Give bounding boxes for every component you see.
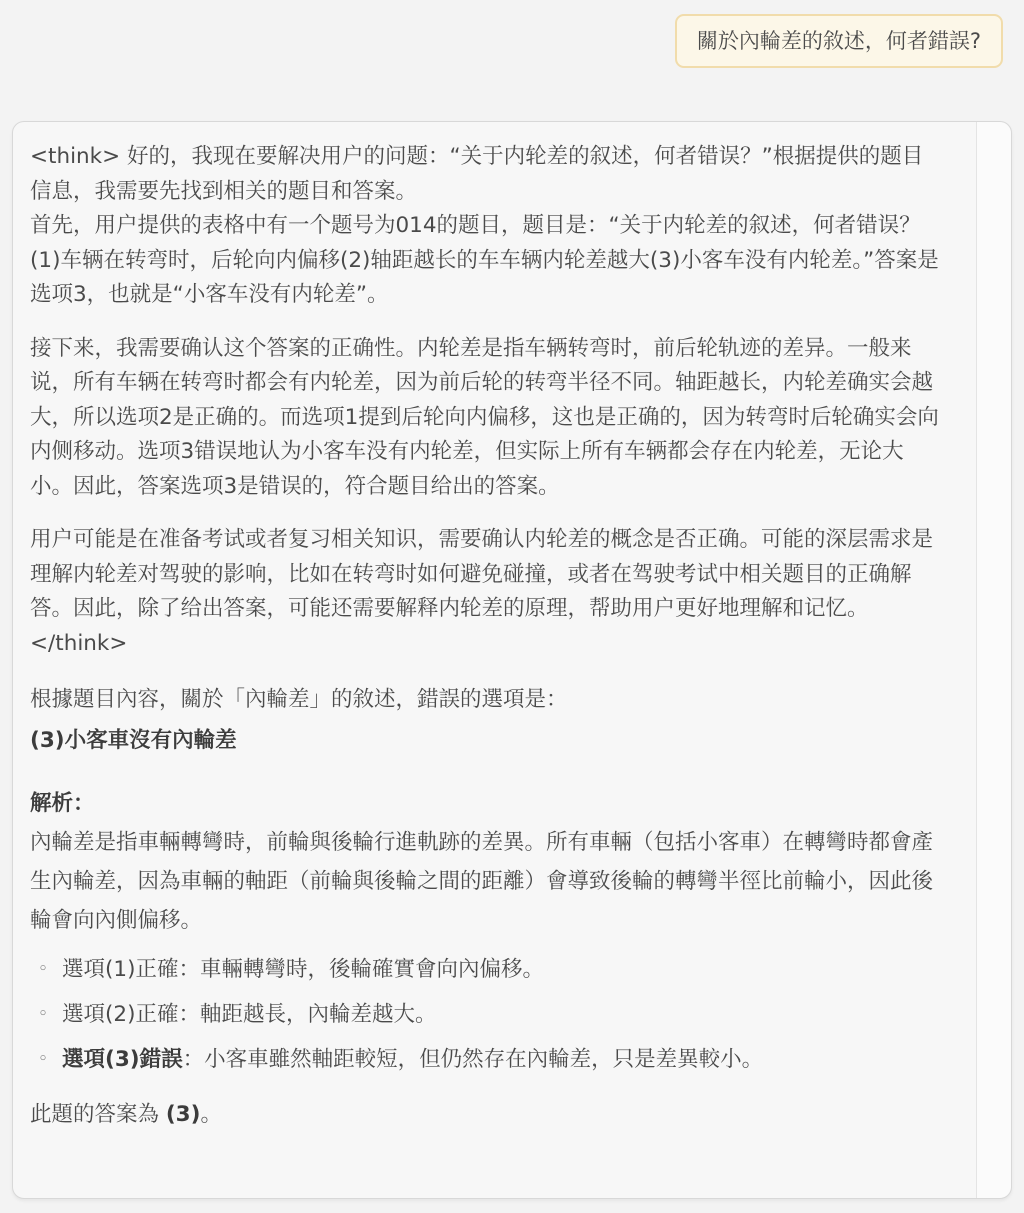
final-answer-line: 此題的答案為 (3)。 xyxy=(30,1095,941,1134)
think-paragraph-2: 接下来，我需要确认这个答案的正确性。内轮差是指车辆转弯时，前后轮轨迹的差异。一般… xyxy=(30,332,941,505)
bullet-marker-icon: ◦ xyxy=(38,950,62,989)
user-message-row: 關於內輪差的敘述，何者錯誤? xyxy=(0,0,1024,68)
final-answer-suffix: 。 xyxy=(200,1102,222,1127)
answer-intro: 根據題目內容，關於「內輪差」的敘述，錯誤的選項是： xyxy=(30,680,941,719)
list-item: ◦ 選項(1)正確：車輛轉彎時，後輪確實會向內偏移。 xyxy=(30,950,941,989)
analysis-body: 內輪差是指車輛轉彎時，前輪與後輪行進軌跡的差異。所有車輛（包括小客車）在轉彎時都… xyxy=(30,823,941,940)
bullet-marker-icon: ◦ xyxy=(38,995,62,1034)
think-block: <think> 好的，我现在要解决用户的问题：“关于内轮差的叙述，何者错误？”根… xyxy=(30,140,941,661)
assistant-message-card: <think> 好的，我现在要解决用户的问题：“关于内轮差的叙述，何者错误？”根… xyxy=(12,121,1012,1199)
user-message-bubble: 關於內輪差的敘述，何者錯誤? xyxy=(675,14,1003,68)
list-item: ◦ 選項(2)正確：軸距越長，內輪差越大。 xyxy=(30,995,941,1034)
list-item: ◦ 選項(3)錯誤：小客車雖然軸距較短，但仍然存在內輪差，只是差異較小。 xyxy=(30,1040,941,1079)
list-item-bold: 選項(3)錯誤 xyxy=(62,1047,183,1072)
analysis-list: ◦ 選項(1)正確：車輛轉彎時，後輪確實會向內偏移。 ◦ 選項(2)正確：軸距越… xyxy=(30,950,941,1079)
list-item-text: 選項(2)正確：軸距越長，內輪差越大。 xyxy=(62,1002,436,1027)
list-item-text: 選項(1)正確：車輛轉彎時，後輪確實會向內偏移。 xyxy=(62,957,544,982)
scrollbar-track[interactable] xyxy=(976,122,1011,1198)
chat-page: 關於內輪差的敘述，何者錯誤? <think> 好的，我现在要解决用户的问题：“关… xyxy=(0,0,1024,1199)
user-message-text: 關於內輪差的敘述，何者錯誤? xyxy=(697,29,981,53)
think-paragraph-3: 用户可能是在准备考试或者复习相关知识，需要确认内轮差的概念是否正确。可能的深层需… xyxy=(30,523,941,661)
list-item-text: ：小客車雖然軸距較短，但仍然存在內輪差，只是差異較小。 xyxy=(183,1047,764,1072)
final-answer-prefix: 此題的答案為 xyxy=(30,1102,166,1127)
think-paragraph-1: <think> 好的，我现在要解决用户的问题：“关于内轮差的叙述，何者错误？”根… xyxy=(30,140,941,313)
final-answer-number: (3) xyxy=(166,1102,201,1127)
bullet-marker-icon: ◦ xyxy=(38,1040,62,1079)
answer-block: 根據題目內容，關於「內輪差」的敘述，錯誤的選項是： (3)小客車沒有內輪差 解析… xyxy=(30,680,941,1134)
analysis-heading: 解析： xyxy=(30,784,941,823)
answer-wrong-option: (3)小客車沒有內輪差 xyxy=(30,721,941,760)
